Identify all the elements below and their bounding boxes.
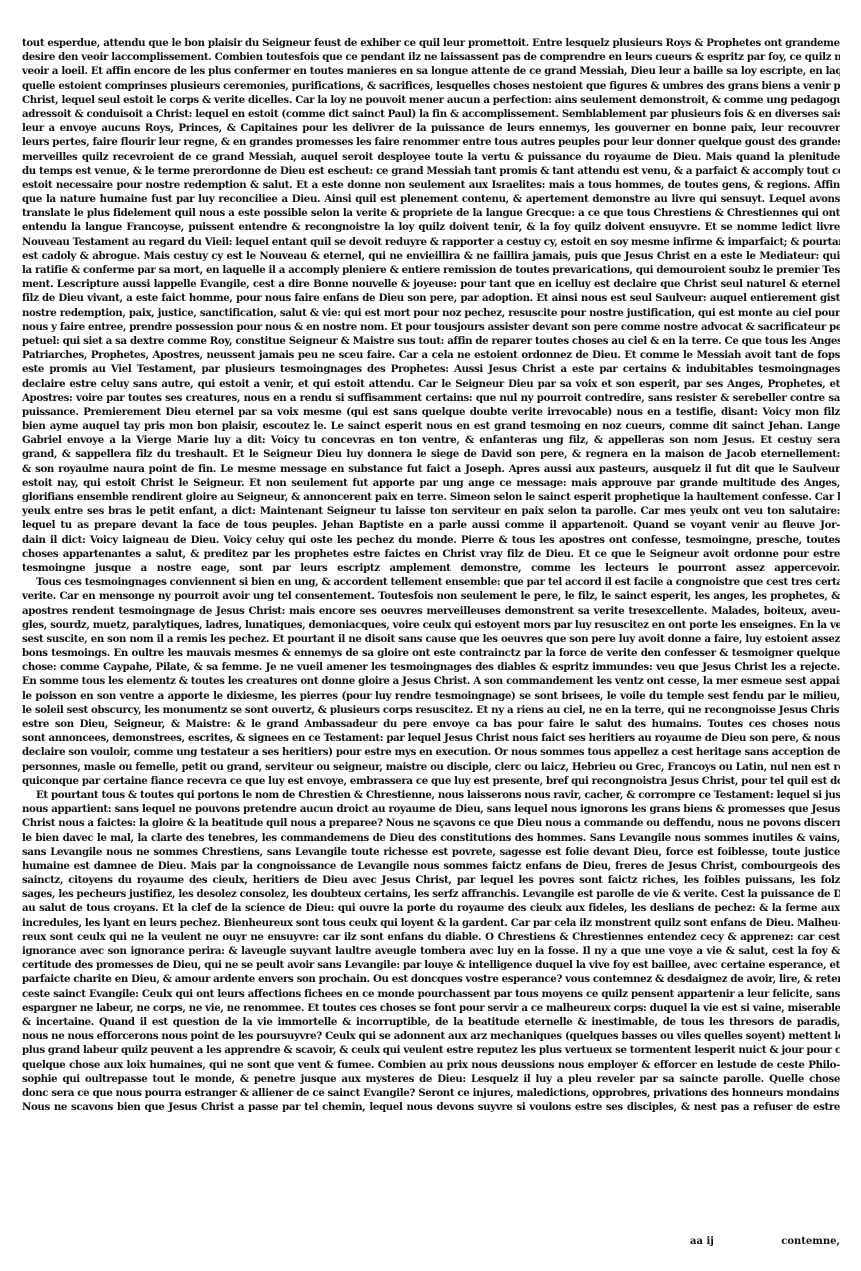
text-line: leur a envoye aucuns Roys, Princes, & Ca…	[22, 121, 840, 135]
text-line: plus grand labeur quilz peuvent a les ap…	[22, 1043, 840, 1057]
text-line: translate le plus fidelement quil nous a…	[22, 206, 840, 220]
text-line: sophie qui oultrepasse tout le monde, & …	[22, 1072, 840, 1086]
text-line: Christ, lequel seul estoit le corps & ve…	[22, 93, 840, 107]
text-line: nous ne nous efforcerons nous point de l…	[22, 1029, 840, 1043]
signature-mark: aa ij	[690, 1236, 714, 1247]
text-line: verite. Car en mensonge ny pourroit avoi…	[22, 589, 840, 603]
text-line: yeulx entre ses bras le petit enfant, a …	[22, 504, 840, 518]
text-line: incredules, les lyant en leurs pechez. B…	[22, 916, 840, 930]
text-line: quelle estoient comprinses plusieurs cer…	[22, 79, 840, 93]
page-footer: aa ij contemne,	[660, 1236, 840, 1247]
text-line: au salut de tous croyans. Et la clef de …	[22, 901, 840, 915]
text-line: Gabriel envoye a la Vierge Marie luy a d…	[22, 433, 840, 447]
text-line: declaire son vouloir, comme ung testateu…	[22, 745, 840, 759]
text-line: ment. Lescripture aussi lappelle Evangil…	[22, 277, 840, 291]
text-line: Nouveau Testament au regard du Vieil: le…	[22, 235, 840, 249]
text-line: sages, les pecheurs justifiez, les desol…	[22, 887, 840, 901]
text-line: gles, sourdz, muetz, paralytiques, ladre…	[22, 618, 840, 632]
text-line: que la nature humaine fust par luy recon…	[22, 192, 840, 206]
text-line: adressoit & conduisoit a Christ: lequel …	[22, 107, 840, 121]
text-line: est cadoly & abrogue. Mais cestuy cy est…	[22, 249, 840, 263]
text-line: espargner ne labeur, ne corps, ne vie, n…	[22, 1001, 840, 1015]
text-line: reux sont ceulx qui ne la veulent ne ouy…	[22, 930, 840, 944]
text-line: lequel tu as prepare devant la face de t…	[22, 518, 840, 532]
text-line: & son royaulme naura point de fin. Le me…	[22, 462, 840, 476]
text-line: le bien davec le mal, la clarte des tene…	[22, 831, 840, 845]
text-line: nostre redemption, paix, justice, sancti…	[22, 306, 840, 320]
text-line: grand, & sappellera filz du treshault. E…	[22, 447, 840, 461]
text-line: estoit necessaire pour nostre redemption…	[22, 178, 840, 192]
text-line: En somme tous les elementz & toutes les …	[22, 674, 840, 688]
text-line: filz de Dieu vivant, a este faict homme,…	[22, 291, 840, 305]
text-line: dain il dict: Voicy laigneau de Dieu. Vo…	[22, 533, 840, 547]
text-line: Patriarches, Prophetes, Apostres, neusse…	[22, 348, 840, 362]
text-line: este promis au Viel Testament, par plusi…	[22, 362, 840, 376]
text-line: glorifians ensemble rendirent gloire au …	[22, 490, 840, 504]
text-line: certitude des promesses de Dieu, qui ne …	[22, 958, 840, 972]
text-line: Nous ne scavons bien que Jesus Christ a …	[22, 1100, 840, 1114]
text-line: Et pourtant tous & toutes qui portons le…	[22, 788, 840, 802]
text-line: ignorance avec son ignorance perira: & l…	[22, 944, 840, 958]
catchword: contemne,	[781, 1236, 840, 1247]
text-line: veoir a loeil. Et affin encore de les pl…	[22, 64, 840, 78]
text-line: declaire estre celuy sans autre, qui est…	[22, 377, 840, 391]
text-line: estoit nay, qui estoit Christ le Seigneu…	[22, 476, 840, 490]
text-line: & incertaine. Quand il est question de l…	[22, 1015, 840, 1029]
text-line: parfaicte charite en Dieu, & amour arden…	[22, 972, 840, 986]
text-line: chose: comme Caypahe, Pilate, & sa femme…	[22, 660, 840, 674]
text-line: petuel: qui siet a sa dextre comme Roy, …	[22, 334, 840, 348]
text-line: quiconque par certaine fiance recevra ce…	[22, 774, 840, 788]
text-line: nous y faire entree, prendre possession …	[22, 320, 840, 334]
text-line: choses appartenantes a salut, & preditez…	[22, 547, 840, 561]
text-line: du temps est venue, & le terme prerordon…	[22, 164, 840, 178]
text-line: merveilles quilz recevroient de ce grand…	[22, 150, 840, 164]
text-line: Tous ces tesmoingnages conviennent si bi…	[22, 575, 840, 589]
text-line: donc sera ce que nous pourra estranger &…	[22, 1086, 840, 1100]
text-line: quelque chose aux loix humaines, qui ne …	[22, 1058, 840, 1072]
text-line: bien ayme auquel tay pris mon bon plaisi…	[22, 419, 840, 433]
text-line: entendu la langue Francoyse, puissent en…	[22, 220, 840, 234]
text-line: le soleil sest obscurcy, les monumentz s…	[22, 703, 840, 717]
text-line: ceste sainct Evangile: Ceulx qui ont leu…	[22, 987, 840, 1001]
text-line: personnes, masle ou femelle, petit ou gr…	[22, 760, 840, 774]
text-line: sainctz, citoyens du royaume des cieulx,…	[22, 873, 840, 887]
text-line: bons tesmoings. En oultre les mauvais me…	[22, 646, 840, 660]
text-line: tesmoingne jusque a nostre eage, sont pa…	[22, 561, 840, 575]
text-line: estre son Dieu, Seigneur, & Maistre: & l…	[22, 717, 840, 731]
text-line: le poisson en son ventre a apporte le di…	[22, 689, 840, 703]
text-line: leurs pertes, faire flourir leur regne, …	[22, 135, 840, 149]
text-line: nous appartient: sans lequel ne pouvons …	[22, 802, 840, 816]
text-line: sest suscite, en son nom il a remis les …	[22, 632, 840, 646]
text-line: apostres rendent tesmoingnage de Jesus C…	[22, 604, 840, 618]
text-line: humaine est damnee de Dieu. Mais par la …	[22, 859, 840, 873]
text-line: puissance. Premierement Dieu eternel par…	[22, 405, 840, 419]
text-line: desire den veoir laccomplissement. Combi…	[22, 50, 840, 64]
text-line: Christ nous a faictes: la gloire & la be…	[22, 816, 840, 830]
document-body: tout esperdue, attendu que le bon plaisi…	[22, 36, 840, 1114]
text-line: tout esperdue, attendu que le bon plaisi…	[22, 36, 840, 50]
text-line: sont annoncees, demonstrees, escrites, &…	[22, 731, 840, 745]
text-line: sans Levangile nous ne sommes Chrestiens…	[22, 845, 840, 859]
text-line: la ratifie & conferme par sa mort, en la…	[22, 263, 840, 277]
text-line: Apostres: voire par toutes ses creatures…	[22, 391, 840, 405]
